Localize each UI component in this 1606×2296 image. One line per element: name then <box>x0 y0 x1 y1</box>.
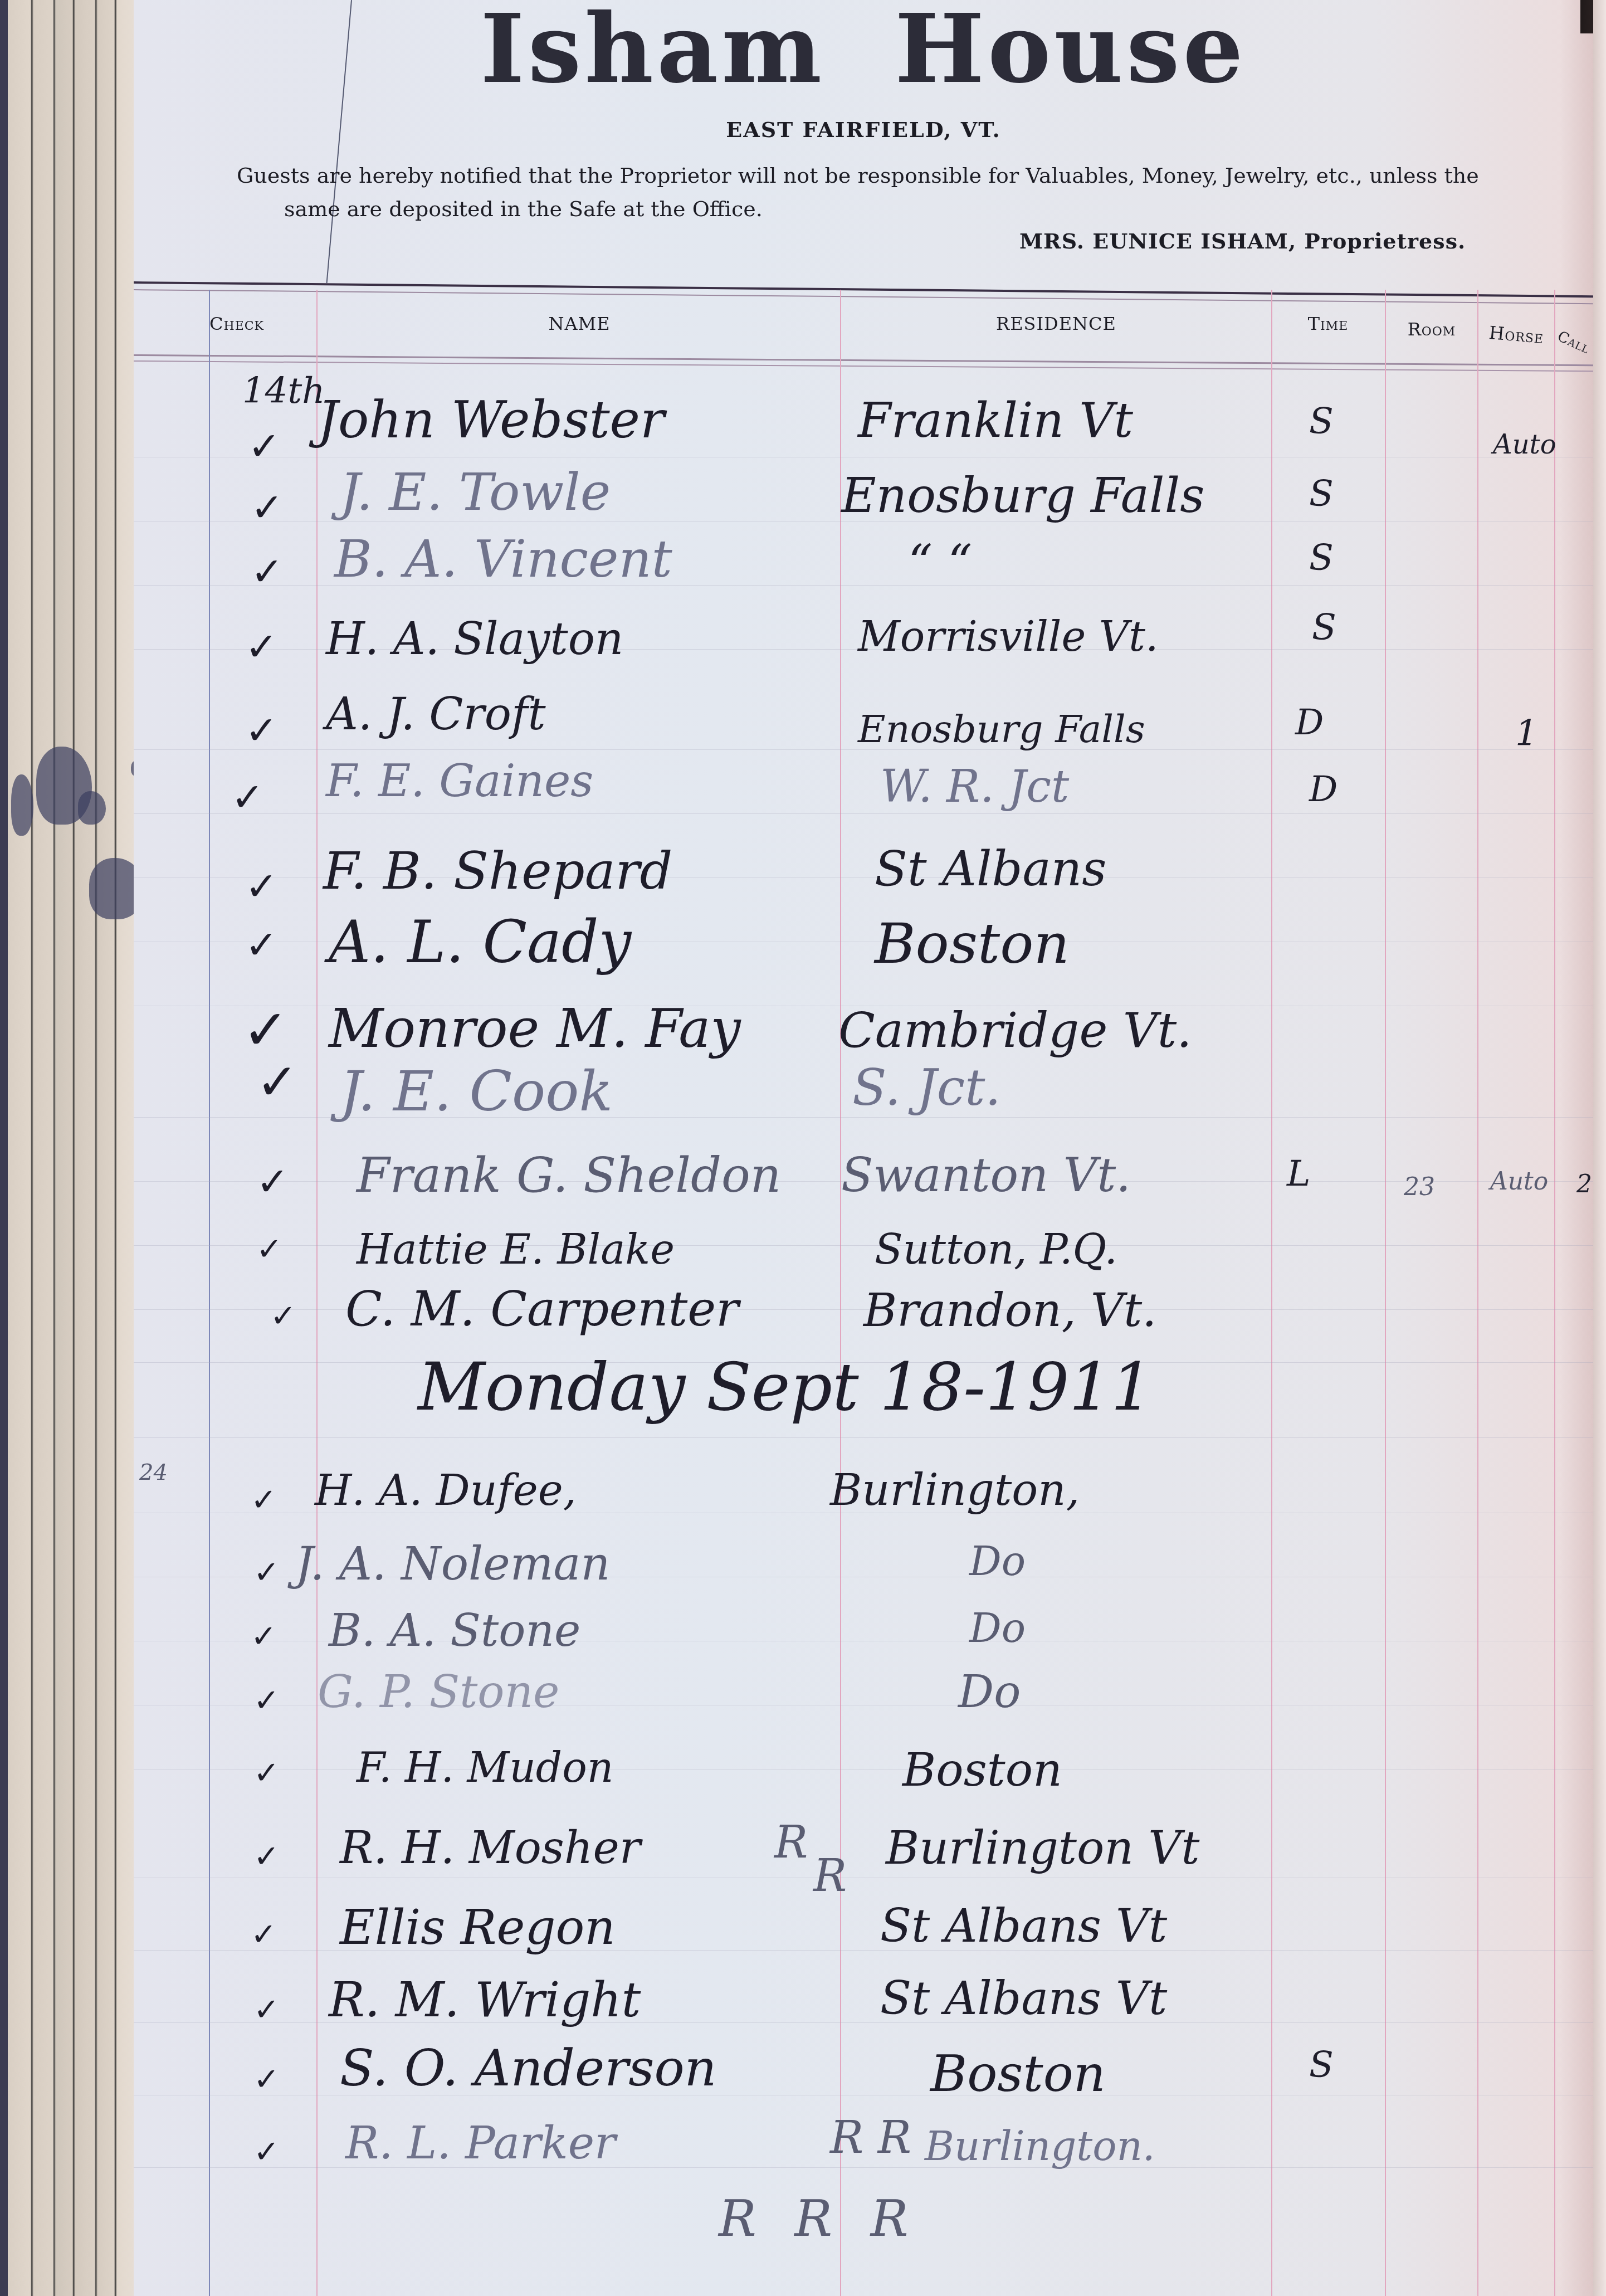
ink-blot <box>78 791 106 825</box>
entry-check: ✓ <box>270 1298 296 1334</box>
entry-check: ✓ <box>251 1482 277 1518</box>
name-col-line <box>316 290 318 2296</box>
guest-residence: Burlington. <box>925 2123 1155 2170</box>
guest-name: R. L. Parker <box>345 2117 616 2169</box>
notice-line-2: same are deposited in the Safe at the Of… <box>237 192 1574 226</box>
margin-note: 24 <box>139 1460 168 1485</box>
guest-name: F. E. Gaines <box>326 755 593 807</box>
guest-name: Frank G. Sheldon <box>357 1148 781 1203</box>
row-rule <box>134 457 1593 457</box>
guest-horse: 1 <box>1515 713 1538 754</box>
horse-col-line <box>1477 290 1478 2296</box>
row-rule <box>134 1769 1593 1769</box>
guest-room: 23 <box>1404 1173 1435 1201</box>
guest-name: Ellis Regon <box>340 1900 616 1956</box>
guest-residence: Boston <box>875 911 1070 976</box>
day-marker: 14th <box>242 371 325 412</box>
hotel-title: Isham House <box>134 0 1593 105</box>
entry-check: ✓ <box>251 1619 277 1655</box>
guest-name: H. A. Slayton <box>326 613 623 665</box>
entry-check: ✓ <box>253 1554 280 1591</box>
entry-check: ✓ <box>245 624 278 670</box>
guest-name: C. M. Carpenter <box>345 1281 739 1337</box>
guest-residence: Swanton Vt. <box>841 1148 1131 1202</box>
col-header-residence: RESIDENCE <box>841 313 1271 334</box>
bottom-pencil-marks: R R R <box>719 2190 920 2248</box>
guest-residence: W. R. Jct <box>880 761 1069 812</box>
guest-note: R <box>774 1816 808 1868</box>
adjacent-page-edge <box>1593 0 1606 2296</box>
guest-residence: Enosburg Falls <box>841 468 1204 524</box>
time-col-line <box>1271 290 1272 2296</box>
entry-check: ✓ <box>253 2134 280 2170</box>
guest-residence: Boston <box>930 2045 1106 2103</box>
guest-name: J. E. Cook <box>340 1059 613 1124</box>
ink-blot <box>11 774 33 836</box>
residence-col-line <box>840 290 841 2296</box>
guest-name: R. H. Mosher <box>340 1822 641 1874</box>
notice-line-1: Guests are hereby notified that the Prop… <box>237 163 1479 188</box>
guest-name: R. M. Wright <box>329 1972 641 2028</box>
guest-name: B. A. Vincent <box>334 529 672 589</box>
guest-residence: Burlington, <box>830 1465 1080 1515</box>
hotel-location: EAST FAIRFIELD, VT. <box>134 117 1593 142</box>
guest-residence: Franklin Vt <box>858 393 1133 449</box>
guest-name: A. J. Croft <box>326 688 546 740</box>
guest-note: R R <box>830 2112 911 2163</box>
guest-time: S <box>1309 538 1334 579</box>
guest-name: H. A. Dufee, <box>315 1465 577 1515</box>
guest-time: D <box>1309 769 1337 810</box>
entry-check: ✓ <box>253 1839 280 1875</box>
row-rule <box>134 813 1593 814</box>
valuables-notice: Guests are hereby notified that the Prop… <box>237 159 1574 226</box>
entry-check: ✓ <box>245 864 278 909</box>
entry-check: ✓ <box>245 922 278 968</box>
guest-time: S <box>1309 2045 1334 2086</box>
guest-name: Monroe M. Fay <box>329 997 741 1060</box>
guest-time: L <box>1287 1153 1311 1195</box>
guest-name: J. A. Noleman <box>295 1538 610 1591</box>
guest-residence: Sutton, P.Q. <box>875 1226 1117 1274</box>
entry-check: ✓ <box>248 423 281 469</box>
col-header-name: NAME <box>318 313 841 334</box>
guest-name: John Webster <box>318 390 665 450</box>
entry-check: ✓ <box>253 1992 280 2028</box>
guest-time: S <box>1309 401 1334 442</box>
guest-name: S. O. Anderson <box>340 2039 717 2098</box>
entry-check: ✓ <box>256 1231 282 1268</box>
guest-residence: Morrisville Vt. <box>858 613 1159 661</box>
guest-horse: Auto <box>1490 1167 1548 1196</box>
guest-horse: Auto <box>1493 429 1556 460</box>
row-rule <box>134 1437 1593 1438</box>
entry-check: ✓ <box>251 549 284 594</box>
date-heading: Monday Sept 18-1911 <box>418 1348 1153 1425</box>
book-page-edges <box>0 0 134 2296</box>
entry-check: ✓ <box>245 708 278 753</box>
guest-name: Hattie E. Blake <box>357 1226 675 1274</box>
guest-residence: Brandon, Vt. <box>863 1284 1156 1337</box>
col-header-room: Room <box>1386 319 1477 340</box>
entry-check: ✓ <box>231 774 264 820</box>
check-col-left-line <box>209 290 210 2296</box>
guest-time: S <box>1312 607 1336 649</box>
guest-name: F. B. Shepard <box>323 841 672 901</box>
guest-residence: S. Jct. <box>852 1059 1001 1117</box>
col-header-check: Check <box>195 313 279 334</box>
entry-check: ✓ <box>253 1755 280 1791</box>
entry-check: ✓ <box>251 1917 277 1953</box>
guest-residence: Do <box>969 1605 1026 1651</box>
row-rule <box>134 1878 1593 1878</box>
entry-check: ✓ <box>256 1053 298 1112</box>
entry-check: ✓ <box>256 1159 289 1205</box>
guest-residence: Burlington Vt <box>886 1822 1199 1875</box>
header-top-rule <box>134 281 1593 304</box>
col-header-horse: Horse <box>1478 321 1555 349</box>
guest-name: F. H. Mudon <box>357 1744 613 1792</box>
col-header-time: Time <box>1272 313 1384 334</box>
guest-residence: St Albans Vt <box>880 1972 1167 2025</box>
guest-name: J. E. Towle <box>340 462 611 522</box>
guest-time: D <box>1295 702 1324 743</box>
guest-residence: Enosburg Falls <box>858 708 1145 752</box>
guest-residence: St Albans <box>875 841 1106 897</box>
entry-check: ✓ <box>253 2061 280 2098</box>
room-col-line <box>1385 290 1386 2296</box>
entry-check: ✓ <box>253 1683 280 1719</box>
guest-residence: Do <box>958 1666 1021 1718</box>
guest-name: A. L. Cady <box>329 908 631 976</box>
guest-note: R <box>813 1850 847 1902</box>
guest-name: G. P. Stone <box>318 1666 559 1718</box>
guest-residence: “ “ <box>908 535 972 591</box>
guest-residence: St Albans Vt <box>880 1900 1167 1953</box>
register-page: Isham House EAST FAIRFIELD, VT. Guests a… <box>134 0 1593 2296</box>
guest-residence: Cambridge Vt. <box>838 1003 1192 1059</box>
guest-call: 2 <box>1576 1170 1592 1198</box>
header-bottom-rule <box>134 354 1593 372</box>
guest-name: B. A. Stone <box>329 1605 580 1656</box>
entry-check: ✓ <box>251 485 284 530</box>
guest-time: S <box>1309 474 1334 515</box>
call-col-line <box>1554 290 1555 2296</box>
proprietor-name: MRS. EUNICE ISHAM, Proprietress. <box>1019 228 1466 254</box>
row-rule <box>134 1245 1593 1246</box>
guest-residence: Do <box>969 1538 1026 1585</box>
guest-residence: Boston <box>902 1744 1062 1797</box>
